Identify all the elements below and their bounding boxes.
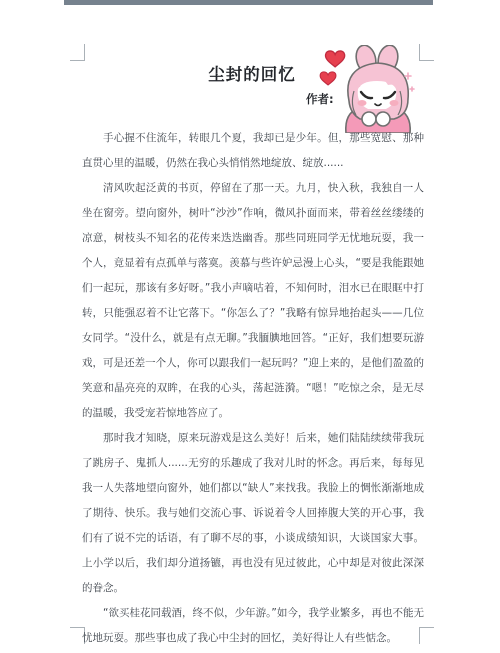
text-boundary-mark-top-left	[70, 44, 85, 61]
paragraph: 手心握不住流年，转眼几个夏，我却已是少年。但，那些宽慰、那种直贯心里的温暖，仍然…	[82, 126, 424, 176]
page-top-edge	[64, 0, 433, 5]
paragraph: 那时我才知晓，原来玩游戏是这么美好！后来，她们陆陆续续带我玩了跳房子、鬼抓人..…	[82, 426, 424, 601]
paragraph: “欲买桂花同载酒，终不似，少年游。”如今，我学业繁多，再也不能无忧地玩耍。那些事…	[82, 601, 424, 651]
hearts-icon	[320, 51, 345, 85]
bunny-girl-illustration	[316, 45, 422, 133]
essay-body: 手心握不住流年，转眼几个夏，我却已是少年。但，那些宽慰、那种直贯心里的温暖，仍然…	[82, 126, 424, 651]
paragraph: 清风吹起泛黄的书页，停留在了那一天。九月，快入秋，我独自一人坐在窗旁。望向窗外，…	[82, 176, 424, 426]
